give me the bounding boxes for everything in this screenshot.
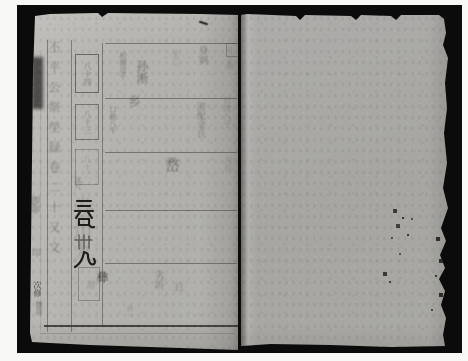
bleed-mark: 日改八子 bbox=[223, 96, 231, 128]
bleed-mark: 卄一 bbox=[126, 305, 133, 319]
generation-box-2-label: 八十三 bbox=[83, 110, 91, 134]
faint-fold-box bbox=[226, 43, 238, 57]
right-page bbox=[241, 13, 448, 349]
bleed-mark: 月氏 bbox=[224, 156, 232, 172]
column-rule-title-right bbox=[71, 40, 72, 332]
margin-ink-blotch bbox=[32, 57, 43, 109]
volume-label-ink-glyph bbox=[71, 197, 97, 269]
generation-box-3-label: 八十二 bbox=[83, 155, 91, 179]
bottom-edge-rule bbox=[40, 333, 235, 334]
bleed-mark: 口赦八千 bbox=[109, 106, 116, 134]
generation-box-2: 八十三 bbox=[75, 104, 99, 140]
scanned-book-screenshot: 丕平公祭塋録卷二十又文 八十四 八十三 八十二 譜 卷卅九 bbox=[0, 0, 468, 361]
row-rule-5 bbox=[105, 263, 237, 264]
margin-edge-mark-2: 印 bbox=[30, 248, 39, 257]
edge-title-text: 丕平公祭塋録卷二十又文 bbox=[48, 41, 60, 261]
bleed-mark: 㳺配金氏 bbox=[195, 102, 204, 138]
row-rule-1 bbox=[105, 43, 237, 44]
bleed-mark: 身刿 bbox=[196, 45, 206, 65]
stamp-character: 彝 bbox=[96, 271, 108, 283]
bleed-mark: 嵍 bbox=[164, 157, 179, 172]
row-rule-4 bbox=[105, 210, 237, 211]
margin-note-2: 謄清 bbox=[35, 301, 42, 315]
ink-tick-mark bbox=[199, 21, 208, 26]
frame-bottom-rule bbox=[44, 325, 238, 327]
bleed-mark: 乡 bbox=[126, 95, 139, 108]
left-page: 丕平公祭塋録卷二十又文 八十四 八十三 八十二 譜 卷卅九 bbox=[30, 13, 238, 350]
generation-box-4-label: 譜 bbox=[85, 280, 94, 289]
bleed-mark: 劣圻 bbox=[152, 270, 162, 290]
margin-edge-mark-1: 卽卯 bbox=[30, 196, 38, 214]
bleed-mark: 玒 bbox=[172, 282, 182, 292]
bleed-mark: 相棚送千 bbox=[119, 52, 126, 80]
generation-box-1: 八十四 bbox=[75, 54, 99, 93]
tiny-pair-note: 这尺 bbox=[74, 176, 81, 190]
row-rule-3 bbox=[105, 152, 237, 153]
margin-note-1: 次修 bbox=[33, 281, 41, 297]
wormhole-speckles bbox=[241, 13, 243, 15]
photo-black-backdrop: 丕平公祭塋録卷二十又文 八十四 八十三 八十二 譜 卷卅九 bbox=[17, 5, 462, 353]
bleed-mark: 孙淅 bbox=[136, 60, 148, 84]
bleed-mark: 一 bbox=[195, 311, 205, 321]
bleed-mark: 王二 bbox=[171, 50, 179, 66]
generation-box-1-label: 八十四 bbox=[83, 62, 91, 86]
